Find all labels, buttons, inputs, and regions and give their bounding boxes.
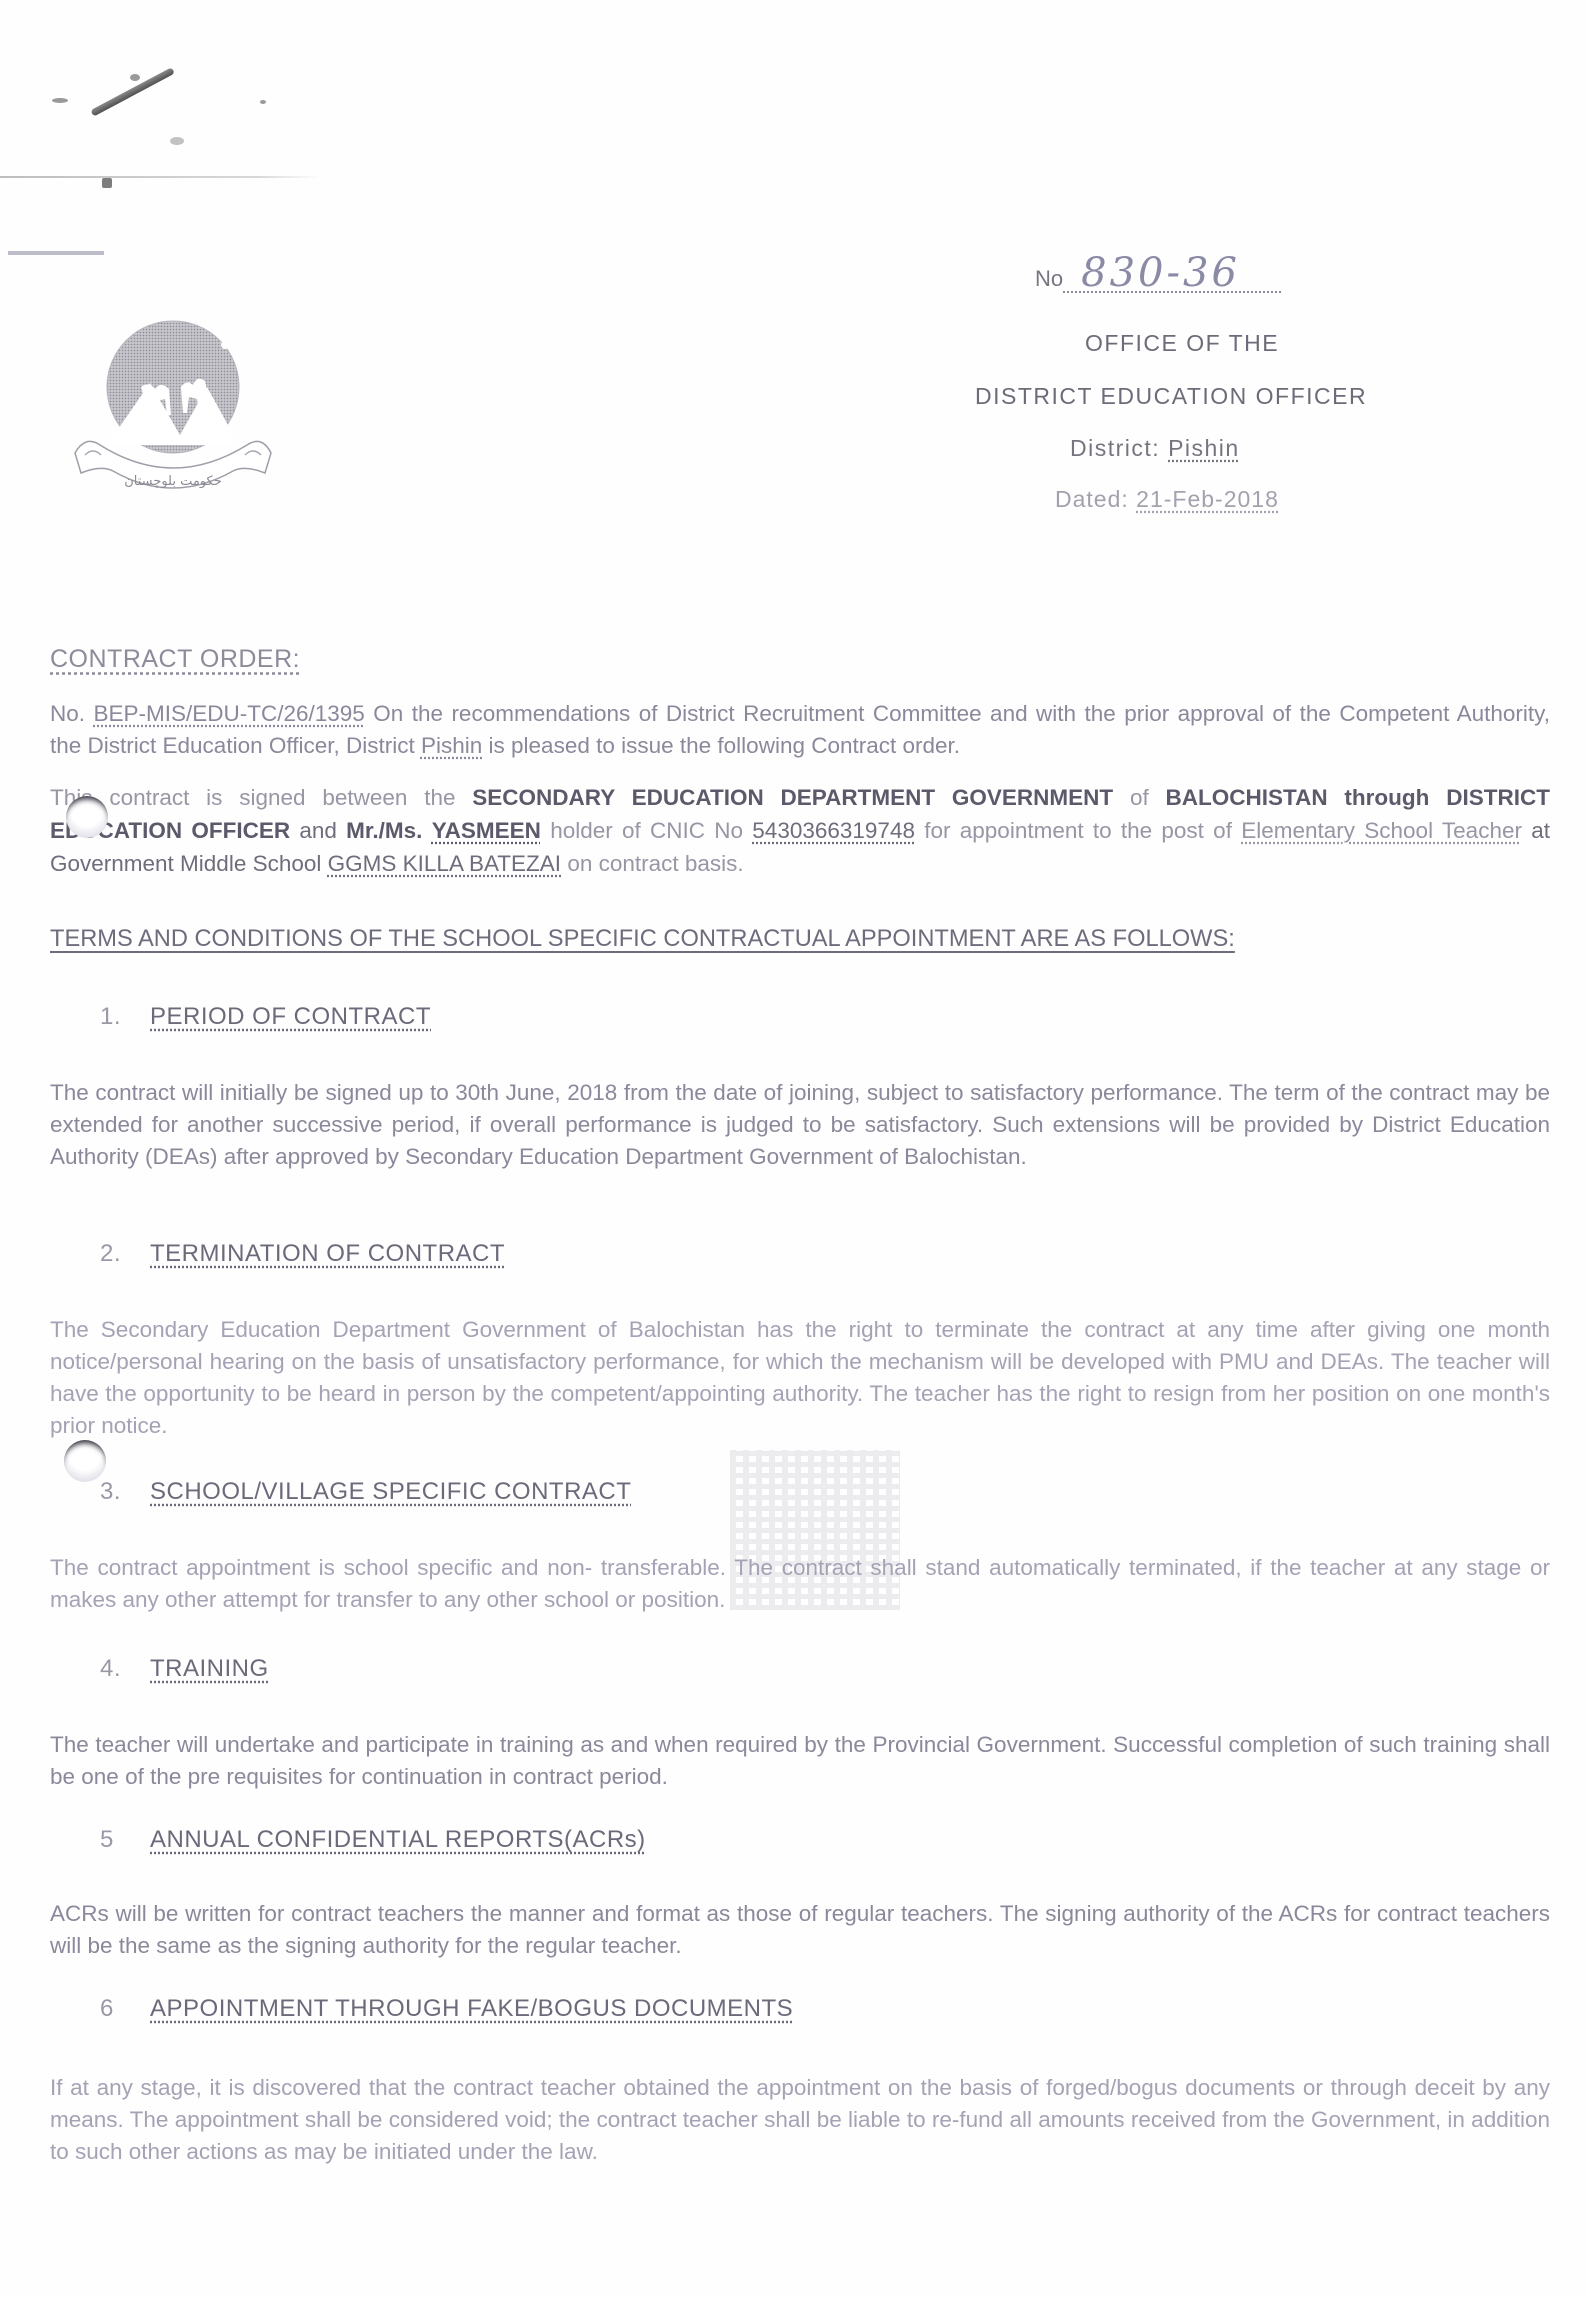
- order-text: is pleased to issue the following Contra…: [489, 733, 961, 758]
- office-line-2: DISTRICT EDUCATION OFFICER: [975, 383, 1367, 410]
- scan-speck: [170, 137, 184, 145]
- parties-text: holder of CNIC No: [550, 818, 743, 843]
- ref-label: No: [1035, 266, 1063, 291]
- salutation: Mr./Ms.: [346, 818, 422, 843]
- office-line-1: OFFICE OF THE: [1085, 330, 1279, 357]
- dated-line: Dated: 21-Feb-2018: [1055, 486, 1279, 513]
- section-body-fake-documents: If at any stage, it is discovered that t…: [50, 2072, 1550, 2168]
- parties-text: of: [1130, 785, 1149, 810]
- dated-value: 21-Feb-2018: [1136, 486, 1279, 512]
- section-title: ANNUAL CONFIDENTIAL REPORTS(ACRs): [150, 1826, 646, 1853]
- section-number: 4.: [100, 1655, 150, 1683]
- parties-text: at: [1531, 818, 1550, 843]
- scan-speck: [260, 100, 266, 104]
- order-number: BEP-MIS/EDU-TC/26/1395: [93, 701, 364, 726]
- section-body-termination: The Secondary Education Department Gover…: [50, 1314, 1550, 1442]
- contract-order-heading: CONTRACT ORDER:: [50, 645, 300, 674]
- section-body-acrs: ACRs will be written for contract teache…: [50, 1898, 1550, 1962]
- section-heading-training: 4.TRAINING: [100, 1655, 269, 1683]
- section-title: TRAINING: [150, 1655, 269, 1682]
- party-province: BALOCHISTAN through: [1166, 785, 1430, 810]
- handwritten-ref-number: 830-36: [1063, 255, 1281, 293]
- order-paragraph: No. BEP-MIS/EDU-TC/26/1395 On the recomm…: [50, 698, 1550, 762]
- district-value: Pishin: [1168, 435, 1240, 461]
- district-label: District:: [1070, 435, 1160, 461]
- section-heading-acrs: 5ANNUAL CONFIDENTIAL REPORTS(ACRs): [100, 1826, 646, 1854]
- teacher-name: YASMEEN: [432, 818, 541, 843]
- section-body-school-specific: The contract appointment is school speci…: [50, 1552, 1550, 1616]
- reference-number: No830-36: [1035, 255, 1281, 293]
- party-department: SECONDARY EDUCATION DEPARTMENT GOVERNMEN…: [472, 785, 1113, 810]
- svg-text:حکومت بلوچستان: حکومت بلوچستان: [124, 474, 222, 489]
- scanned-document-page: حکومت بلوچستان No830-36 OFFICE OF THE DI…: [0, 0, 1586, 2297]
- balochistan-emblem-icon: حکومت بلوچستان: [55, 295, 290, 505]
- section-number: 3.: [100, 1478, 150, 1506]
- section-heading-school-specific: 3.SCHOOL/VILLAGE SPECIFIC CONTRACT: [100, 1478, 631, 1506]
- parties-text: for appointment to the post of: [924, 818, 1232, 843]
- section-body-period: The contract will initially be signed up…: [50, 1077, 1550, 1173]
- section-heading-termination: 2.TERMINATION OF CONTRACT: [100, 1240, 505, 1268]
- stamp-line: [8, 251, 104, 255]
- district-line: District: Pishin: [1070, 435, 1240, 462]
- contract-parties-paragraph: This contract is signed between the SECO…: [50, 781, 1550, 880]
- section-number: 2.: [100, 1240, 150, 1268]
- parties-text: and: [299, 818, 337, 843]
- order-district: Pishin: [421, 733, 482, 758]
- school-type: Government Middle School: [50, 851, 321, 876]
- fold-line: [0, 176, 320, 178]
- school-name: GGMS KILLA BATEZAI: [328, 851, 561, 876]
- section-title: SCHOOL/VILLAGE SPECIFIC CONTRACT: [150, 1478, 631, 1505]
- terms-heading: TERMS AND CONDITIONS OF THE SCHOOL SPECI…: [50, 925, 1235, 953]
- section-title: TERMINATION OF CONTRACT: [150, 1240, 505, 1267]
- scan-speck: [52, 98, 68, 103]
- post-title: Elementary School Teacher: [1241, 818, 1522, 843]
- parties-text: on contract basis.: [567, 851, 743, 876]
- scan-speck: [102, 178, 112, 188]
- punch-hole: [64, 1440, 106, 1482]
- scan-speck: [130, 74, 140, 81]
- order-no-label: No.: [50, 701, 85, 726]
- section-title: APPOINTMENT THROUGH FAKE/BOGUS DOCUMENTS: [150, 1995, 793, 2022]
- section-number: 1.: [100, 1003, 150, 1031]
- section-title: PERIOD OF CONTRACT: [150, 1003, 431, 1030]
- section-number: 6: [100, 1995, 150, 2023]
- section-heading-period: 1.PERIOD OF CONTRACT: [100, 1003, 431, 1031]
- dated-label: Dated:: [1055, 486, 1129, 512]
- section-heading-fake-documents: 6APPOINTMENT THROUGH FAKE/BOGUS DOCUMENT…: [100, 1995, 793, 2023]
- parties-text: This contract is signed between the: [50, 785, 455, 810]
- section-body-training: The teacher will undertake and participa…: [50, 1729, 1550, 1793]
- section-number: 5: [100, 1826, 150, 1854]
- punch-hole: [66, 796, 108, 838]
- cnic-number: 5430366319748: [752, 818, 915, 843]
